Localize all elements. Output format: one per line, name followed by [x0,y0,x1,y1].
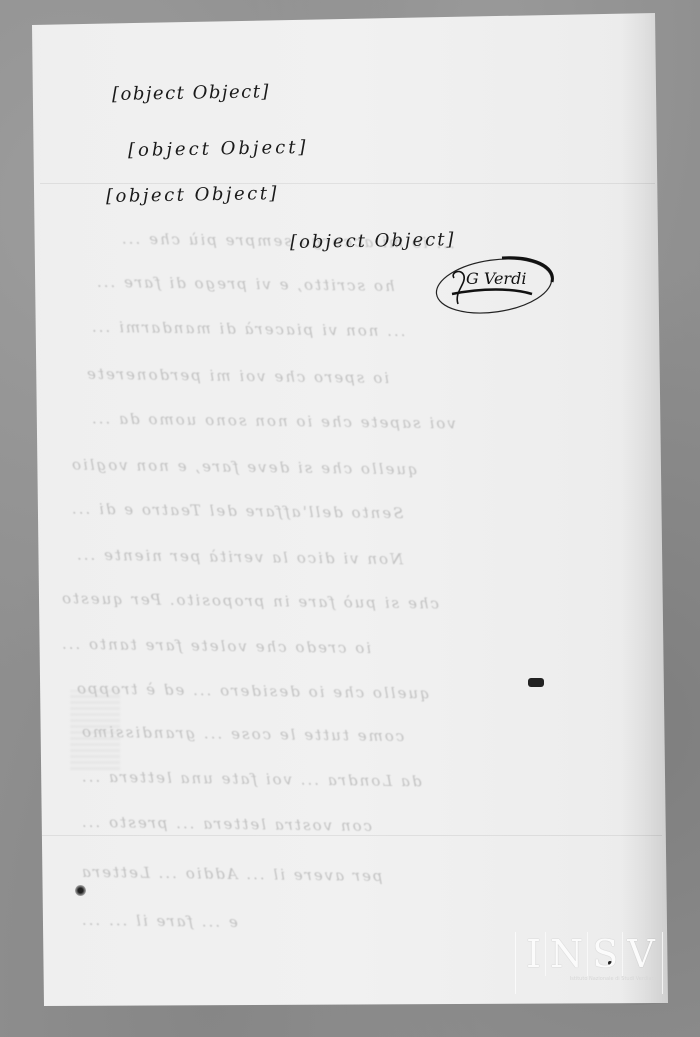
watermark-caption: Istituto Nazionale di Studi Verdiani [516,976,662,983]
bleed-through-line: e ... fare il ... ... [80,911,238,931]
handwritten-line: [object Object] [128,137,309,161]
fold-line [40,183,655,184]
logo-letter: S [588,932,623,976]
logo-letter: N [546,932,588,976]
signature: G Verdi [432,252,558,318]
signature-flourish-icon: G Verdi [432,252,558,318]
ink-spot [75,885,86,896]
handwritten-line: [object Object] [106,183,279,207]
fold-line [42,835,662,836]
page-edge-shadow [620,13,668,1008]
svg-text:G Verdi: G Verdi [466,269,526,288]
logo-letter: V [623,932,658,976]
watermark-logo: I N S V [516,932,662,976]
handwritten-line: [object Object] [112,81,270,105]
institution-watermark: I N S V Istituto Nazionale di Studi Verd… [515,932,663,994]
logo-letter: I [522,932,546,976]
ink-blot [528,678,544,687]
handwritten-line: [object Object] [290,229,456,253]
